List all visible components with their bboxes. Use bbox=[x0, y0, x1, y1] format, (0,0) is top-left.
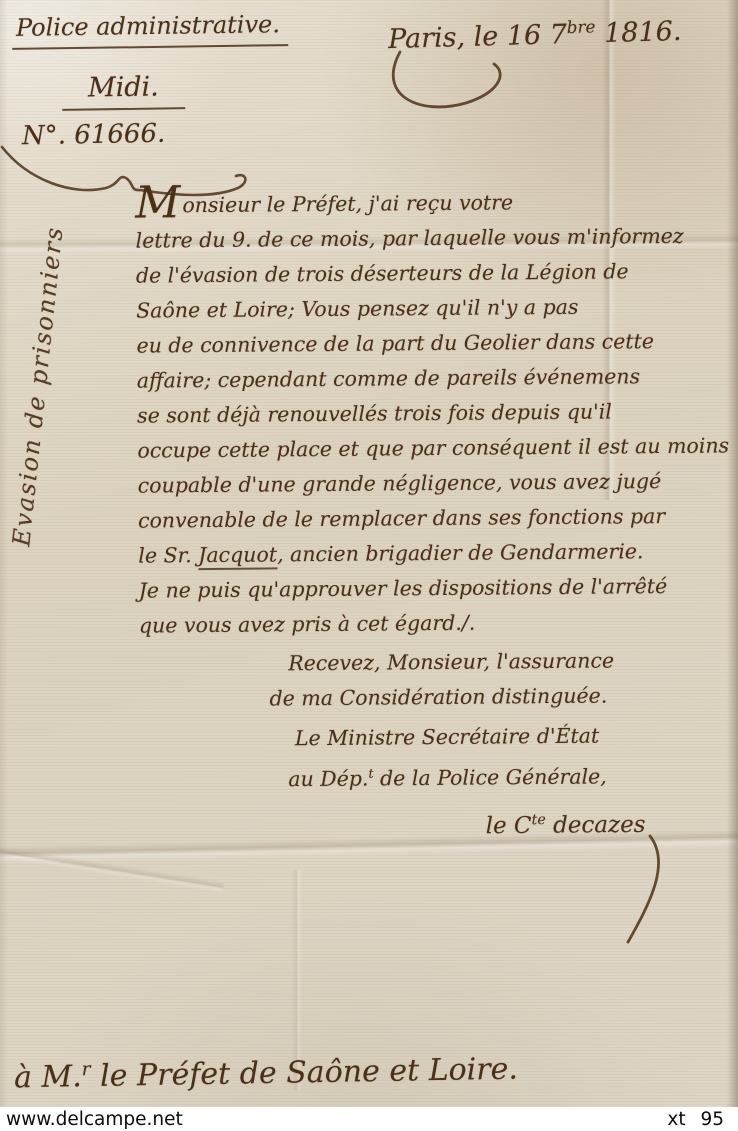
dateline-text: Paris, le 16 7 bbox=[388, 19, 568, 55]
signer-title-text: au Dép. bbox=[288, 766, 368, 791]
underlined-name: Jacquot bbox=[198, 542, 277, 570]
signer-title-line: Le Ministre Secrétaire d'État bbox=[295, 717, 738, 756]
body-line: convenable de le remplacer dans ses fonc… bbox=[138, 498, 738, 538]
diagonal-fold-crease bbox=[0, 843, 224, 894]
signer-title-text: de la Police Générale, bbox=[373, 764, 606, 790]
signature-text: le C bbox=[486, 813, 532, 839]
drop-cap-initial: M bbox=[135, 177, 181, 228]
body-line-text: le Sr. bbox=[138, 543, 198, 568]
body-line: de l'évasion de trois déserteurs de la L… bbox=[136, 253, 736, 293]
body-line-text: onsieur le Préfet, j'ai reçu votre bbox=[182, 190, 513, 217]
body-line: lettre du 9. de ce mois, par laquelle vo… bbox=[135, 218, 735, 258]
body-line: le Sr. Jacquot, ancien brigadier de Gend… bbox=[138, 533, 738, 573]
handwritten-signature: le Cte decazes bbox=[486, 801, 738, 844]
body-line: que vous avez pris à cet égard./. bbox=[139, 603, 738, 643]
body-line: affaire; cependant comme de pareils évén… bbox=[137, 358, 737, 398]
dateline: Paris, le 16 7bre 1816. bbox=[388, 14, 682, 55]
body-line: Monsieur le Préfet, j'ai reçu votre bbox=[135, 183, 735, 223]
header-division-label: Midi. bbox=[62, 71, 185, 111]
address-text: à M. bbox=[14, 1059, 82, 1095]
closing-line: Recevez, Monsieur, l'assurance bbox=[288, 642, 738, 681]
body-line: Je ne puis qu'approuver les dispositions… bbox=[138, 568, 738, 608]
watermark-bar: www.delcampe.net xt 95 bbox=[0, 1107, 738, 1131]
signature-text: decazes bbox=[546, 812, 646, 839]
watermark-code-label: xt 95 bbox=[667, 1109, 724, 1130]
dateline-superscript: bre bbox=[566, 16, 595, 37]
dateline-year: 1816. bbox=[595, 16, 682, 49]
margin-note: Evasion de prisonniers bbox=[4, 196, 72, 577]
letter-body: Monsieur le Préfet, j'ai reçu votre lett… bbox=[135, 183, 738, 847]
body-line: eu de connivence de la part du Geolier d… bbox=[136, 323, 736, 363]
letter-scan: Police administrative. Midi. N°. 61666. … bbox=[0, 0, 738, 1131]
body-line-text: , ancien brigadier de Gendarmerie. bbox=[277, 539, 644, 566]
body-line: Saône et Loire; Vous pensez qu'il n'y a … bbox=[136, 288, 736, 328]
body-line: coupable d'une grande négligence, vous a… bbox=[138, 463, 738, 503]
date-flourish bbox=[393, 52, 500, 107]
header-dossier-number: N°. 61666. bbox=[22, 119, 166, 151]
signature-flourish bbox=[628, 836, 659, 942]
signer-title-line: au Dép.t de la Police Générale, bbox=[288, 752, 738, 797]
watermark-site-label: www.delcampe.net bbox=[6, 1109, 183, 1130]
recipient-address: à M.r le Préfet de Saône et Loire. bbox=[14, 1052, 518, 1096]
closing-line: de ma Considération distinguée. bbox=[269, 677, 738, 716]
signature-superscript: te bbox=[531, 812, 545, 828]
address-superscript: r bbox=[81, 1059, 90, 1080]
address-text: le Préfet de Saône et Loire. bbox=[90, 1052, 518, 1094]
body-line: se sont déjà renouvellés trois fois depu… bbox=[137, 393, 737, 433]
header-service-label: Police administrative. bbox=[12, 10, 288, 50]
body-line: occupe cette place et que par conséquent… bbox=[137, 428, 737, 468]
